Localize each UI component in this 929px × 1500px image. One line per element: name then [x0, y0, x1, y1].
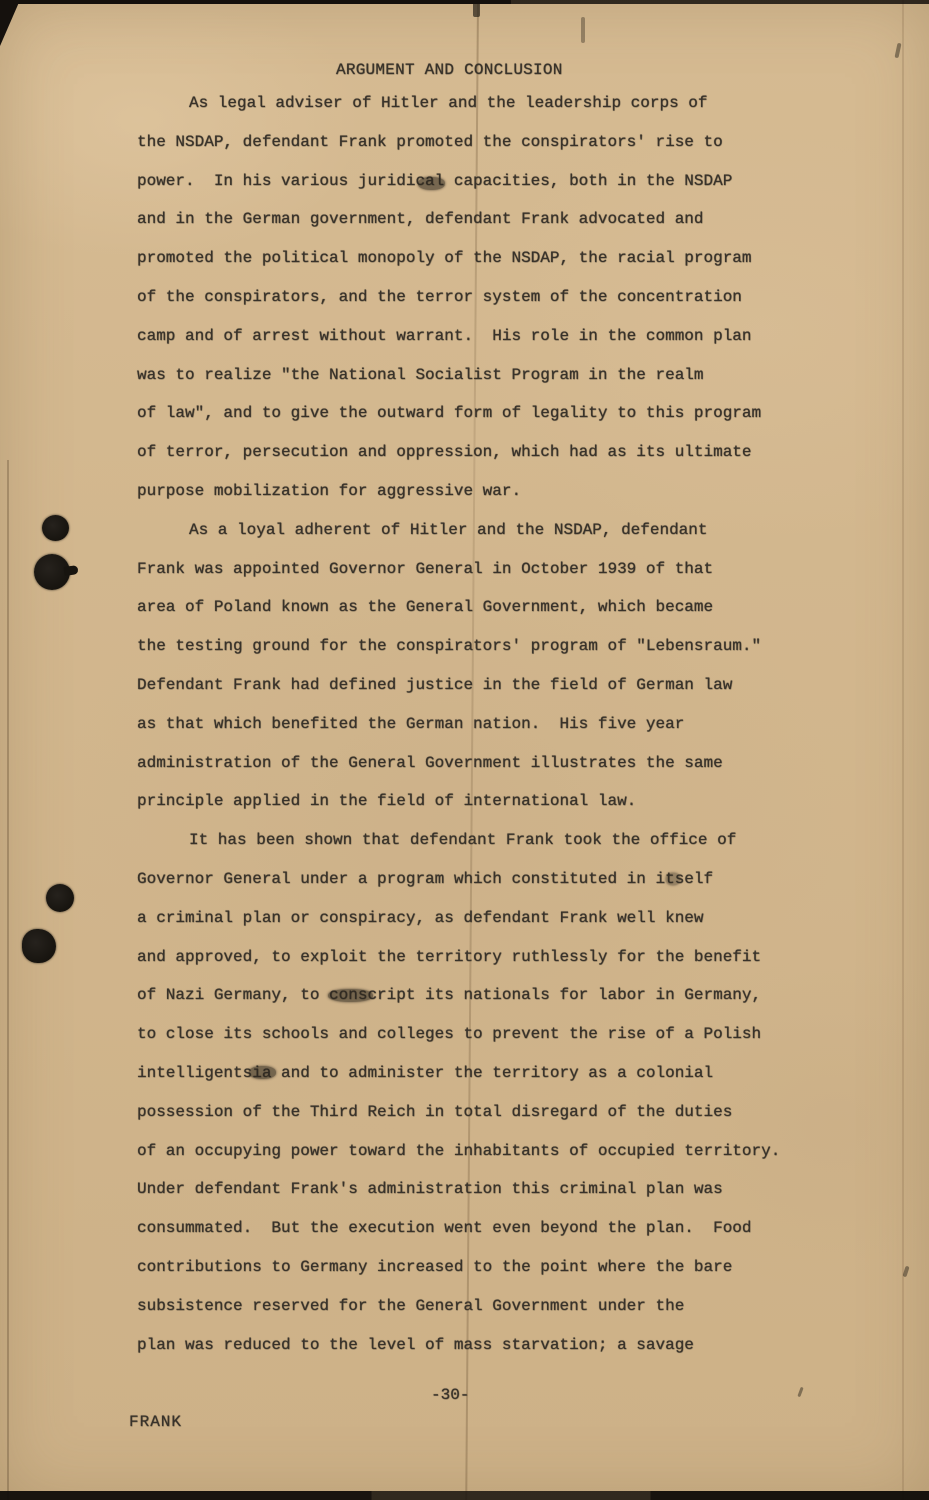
scan-corner-top-left [0, 0, 20, 46]
text-line: of Nazi Germany, to conscript its nation… [137, 976, 837, 1015]
text-line: principle applied in the field of intern… [137, 782, 837, 821]
paragraph: As legal adviser of Hitler and the leade… [137, 84, 837, 511]
typewriter-overstrike [418, 177, 445, 190]
page-title: ARGUMENT AND CONCLUSION [336, 61, 563, 79]
text-line: It has been shown that defendant Frank t… [137, 821, 837, 860]
paragraph: It has been shown that defendant Frank t… [137, 821, 837, 1364]
text-line: power. In his various juridical capaciti… [137, 162, 837, 201]
ink-blot [42, 515, 69, 541]
text-line: the testing ground for the conspirators'… [137, 627, 837, 666]
text-line: of law", and to give the outward form of… [137, 394, 837, 433]
scanned-document-page: ARGUMENT AND CONCLUSION As legal adviser… [0, 0, 929, 1500]
text-line: camp and of arrest without warrant. His … [137, 317, 837, 356]
scan-edge-bottom [0, 1491, 929, 1500]
text-line: purpose mobilization for aggressive war. [137, 472, 837, 511]
typewriter-overstrike [666, 873, 680, 885]
text-line: of an occupying power toward the inhabit… [137, 1132, 837, 1171]
scan-smudge [797, 1387, 803, 1397]
footer-label: FRANK [129, 1413, 182, 1431]
text-line: possession of the Third Reich in total d… [137, 1093, 837, 1132]
ink-blot [46, 884, 74, 912]
text-line: intelligentsia and to administer the ter… [137, 1054, 837, 1093]
typewriter-overstrike [249, 1066, 276, 1079]
text-line: plan was reduced to the level of mass st… [137, 1326, 837, 1365]
text-line: a criminal plan or conspiracy, as defend… [137, 899, 837, 938]
text-line: the NSDAP, defendant Frank promoted the … [137, 123, 837, 162]
text-line: to close its schools and colleges to pre… [137, 1015, 837, 1054]
paragraph: As a loyal adherent of Hitler and the NS… [137, 511, 837, 821]
text-line: as that which benefited the German natio… [137, 705, 837, 744]
text-line: Frank was appointed Governor General in … [137, 550, 837, 589]
text-line: contributions to Germany increased to th… [137, 1248, 837, 1287]
typewriter-overstrike [328, 989, 373, 1002]
scan-smudge [894, 43, 901, 59]
text-line: As a loyal adherent of Hitler and the NS… [137, 511, 837, 550]
scan-smudge [581, 17, 585, 43]
text-line: administration of the General Government… [137, 744, 837, 783]
ink-blot [34, 554, 70, 590]
text-line: and approved, to exploit the territory r… [137, 938, 837, 977]
text-line: and in the German government, defendant … [137, 200, 837, 239]
paper-edge-line [7, 460, 9, 1500]
scan-edge-top [0, 0, 929, 4]
text-line: was to realize "the National Socialist P… [137, 356, 837, 395]
text-line: Governor General under a program which c… [137, 860, 837, 899]
text-line: Under defendant Frank's administration t… [137, 1170, 837, 1209]
document-body: As legal adviser of Hitler and the leade… [137, 84, 837, 1364]
text-line: As legal adviser of Hitler and the leade… [137, 84, 837, 123]
page-number: -30- [431, 1386, 469, 1404]
text-line: Defendant Frank had defined justice in t… [137, 666, 837, 705]
text-line: promoted the political monopoly of the N… [137, 239, 837, 278]
text-line: area of Poland known as the General Gove… [137, 588, 837, 627]
text-line: of terror, persecution and oppression, w… [137, 433, 837, 472]
text-line: of the conspirators, and the terror syst… [137, 278, 837, 317]
text-line: subsistence reserved for the General Gov… [137, 1287, 837, 1326]
ink-blot [22, 929, 56, 963]
text-line: consummated. But the execution went even… [137, 1209, 837, 1248]
